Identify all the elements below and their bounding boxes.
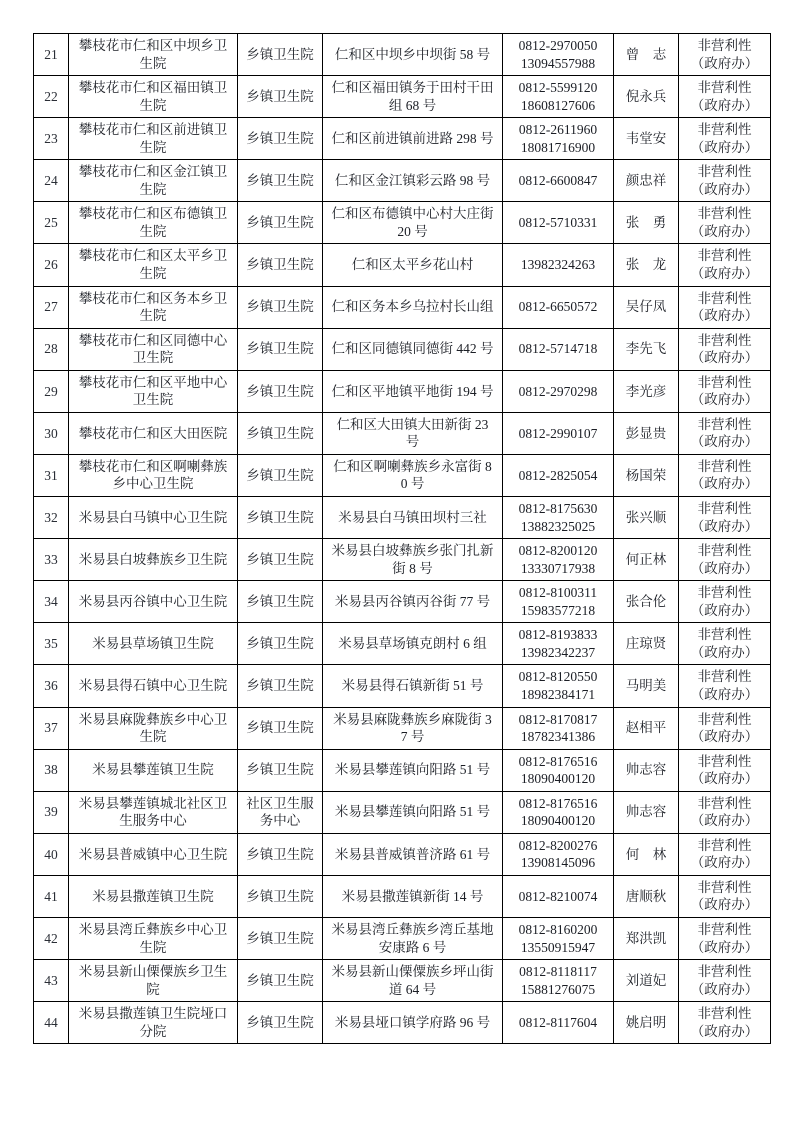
table-row: 36米易县得石镇中心卫生院乡镇卫生院米易县得石镇新街 51 号0812-8120…: [34, 665, 771, 707]
person-cell: 吴仔凤: [614, 286, 679, 328]
institution-type-cell: 乡镇卫生院: [238, 286, 323, 328]
address-cell: 仁和区啊喇彝族乡永富街 80 号: [323, 454, 503, 496]
phone-number: 0812-2611960: [510, 121, 606, 139]
table-row: 35米易县草场镇卫生院乡镇卫生院米易县草场镇克朗村 6 组0812-819383…: [34, 623, 771, 665]
table-row: 28攀枝花市仁和区同德中心卫生院乡镇卫生院仁和区同德镇同德街 442 号0812…: [34, 328, 771, 370]
institution-type-cell: 乡镇卫生院: [238, 370, 323, 412]
person-cell: 曾 志: [614, 34, 679, 76]
phone-cell: 0812-8210074: [503, 875, 614, 917]
institution-type-cell: 乡镇卫生院: [238, 539, 323, 581]
phone-number: 13908145096: [510, 854, 606, 872]
phone-number: 0812-2970298: [510, 383, 606, 401]
row-number-cell: 42: [34, 917, 69, 959]
nature-cell: 非营利性（政府办）: [679, 623, 771, 665]
institution-type-cell: 乡镇卫生院: [238, 454, 323, 496]
phone-number: 0812-8200120: [510, 542, 606, 560]
address-cell: 米易县白马镇田坝村三社: [323, 497, 503, 539]
row-number-cell: 29: [34, 370, 69, 412]
row-number-cell: 40: [34, 833, 69, 875]
table-row: 30攀枝花市仁和区大田医院乡镇卫生院仁和区大田镇大田新街 23 号0812-29…: [34, 412, 771, 454]
health-institutions-table: 21攀枝花市仁和区中坝乡卫生院乡镇卫生院仁和区中坝乡中坝街 58 号0812-2…: [33, 33, 771, 1044]
institution-name-cell: 米易县普威镇中心卫生院: [69, 833, 238, 875]
person-cell: 杨国荣: [614, 454, 679, 496]
phone-number: 0812-8200276: [510, 837, 606, 855]
phone-number: 18982384171: [510, 686, 606, 704]
institution-type-cell: 乡镇卫生院: [238, 244, 323, 286]
person-cell: 庄琼贤: [614, 623, 679, 665]
nature-cell: 非营利性（政府办）: [679, 665, 771, 707]
nature-cell: 非营利性（政府办）: [679, 749, 771, 791]
institution-type-cell: 乡镇卫生院: [238, 665, 323, 707]
address-cell: 仁和区前进镇前进路 298 号: [323, 118, 503, 160]
phone-cell: 0812-2990107: [503, 412, 614, 454]
row-number-cell: 22: [34, 76, 69, 118]
address-cell: 米易县湾丘彝族乡湾丘基地安康路 6 号: [323, 917, 503, 959]
nature-cell: 非营利性（政府办）: [679, 497, 771, 539]
phone-number: 13982342237: [510, 644, 606, 662]
institution-name-cell: 攀枝花市仁和区大田医院: [69, 412, 238, 454]
row-number-cell: 28: [34, 328, 69, 370]
row-number-cell: 39: [34, 791, 69, 833]
institution-name-cell: 米易县湾丘彝族乡中心卫生院: [69, 917, 238, 959]
row-number-cell: 26: [34, 244, 69, 286]
address-cell: 仁和区平地镇平地街 194 号: [323, 370, 503, 412]
address-cell: 米易县麻陇彝族乡麻陇街 37 号: [323, 707, 503, 749]
row-number-cell: 38: [34, 749, 69, 791]
person-cell: 颜忠祥: [614, 160, 679, 202]
person-cell: 李先飞: [614, 328, 679, 370]
address-cell: 米易县垭口镇学府路 96 号: [323, 1002, 503, 1044]
institution-type-cell: 乡镇卫生院: [238, 833, 323, 875]
institution-name-cell: 米易县白坡彝族乡卫生院: [69, 539, 238, 581]
person-cell: 帅志容: [614, 791, 679, 833]
institution-name-cell: 攀枝花市仁和区布德镇卫生院: [69, 202, 238, 244]
nature-cell: 非营利性（政府办）: [679, 539, 771, 581]
person-cell: 彭显贵: [614, 412, 679, 454]
phone-number: 0812-5714718: [510, 340, 606, 358]
phone-number: 0812-8120550: [510, 668, 606, 686]
nature-cell: 非营利性（政府办）: [679, 581, 771, 623]
phone-cell: 0812-819383313982342237: [503, 623, 614, 665]
institution-name-cell: 攀枝花市仁和区务本乡卫生院: [69, 286, 238, 328]
address-cell: 米易县普威镇普济路 61 号: [323, 833, 503, 875]
institution-name-cell: 攀枝花市仁和区福田镇卫生院: [69, 76, 238, 118]
institution-name-cell: 攀枝花市仁和区前进镇卫生院: [69, 118, 238, 160]
nature-cell: 非营利性（政府办）: [679, 286, 771, 328]
phone-number: 18090400120: [510, 812, 606, 830]
institution-type-cell: 乡镇卫生院: [238, 960, 323, 1002]
nature-cell: 非营利性（政府办）: [679, 917, 771, 959]
phone-cell: 0812-817651618090400120: [503, 749, 614, 791]
nature-cell: 非营利性（政府办）: [679, 960, 771, 1002]
institution-type-cell: 乡镇卫生院: [238, 328, 323, 370]
phone-cell: 0812-559912018608127606: [503, 76, 614, 118]
nature-cell: 非营利性（政府办）: [679, 118, 771, 160]
nature-cell: 非营利性（政府办）: [679, 202, 771, 244]
phone-cell: 0812-6600847: [503, 160, 614, 202]
address-cell: 米易县丙谷镇丙谷街 77 号: [323, 581, 503, 623]
address-cell: 米易县攀莲镇向阳路 51 号: [323, 749, 503, 791]
phone-number: 13550915947: [510, 939, 606, 957]
row-number-cell: 27: [34, 286, 69, 328]
institution-type-cell: 乡镇卫生院: [238, 76, 323, 118]
table-row: 43米易县新山傈僳族乡卫生院乡镇卫生院米易县新山傈僳族乡坪山街道 64 号081…: [34, 960, 771, 1002]
phone-number: 18090400120: [510, 770, 606, 788]
phone-number: 15881276075: [510, 981, 606, 999]
phone-cell: 0812-5714718: [503, 328, 614, 370]
address-cell: 仁和区务本乡乌拉村长山组: [323, 286, 503, 328]
institution-type-cell: 乡镇卫生院: [238, 875, 323, 917]
table-row: 39米易县攀莲镇城北社区卫生服务中心社区卫生服务中心米易县攀莲镇向阳路 51 号…: [34, 791, 771, 833]
person-cell: 韦堂安: [614, 118, 679, 160]
table-row: 33米易县白坡彝族乡卫生院乡镇卫生院米易县白坡彝族乡张门扎新街 8 号0812-…: [34, 539, 771, 581]
person-cell: 帅志容: [614, 749, 679, 791]
person-cell: 李光彦: [614, 370, 679, 412]
person-cell: 姚启明: [614, 1002, 679, 1044]
nature-cell: 非营利性（政府办）: [679, 244, 771, 286]
phone-number: 0812-8117604: [510, 1014, 606, 1032]
phone-number: 18782341386: [510, 728, 606, 746]
nature-cell: 非营利性（政府办）: [679, 454, 771, 496]
nature-cell: 非营利性（政府办）: [679, 875, 771, 917]
phone-number: 18081716900: [510, 139, 606, 157]
institution-type-cell: 乡镇卫生院: [238, 749, 323, 791]
row-number-cell: 21: [34, 34, 69, 76]
institution-name-cell: 攀枝花市仁和区啊喇彝族乡中心卫生院: [69, 454, 238, 496]
table-row: 32米易县白马镇中心卫生院乡镇卫生院米易县白马镇田坝村三社0812-817563…: [34, 497, 771, 539]
phone-number: 0812-8100311: [510, 584, 606, 602]
address-cell: 仁和区福田镇务于田村干田组 68 号: [323, 76, 503, 118]
row-number-cell: 33: [34, 539, 69, 581]
table-row: 26攀枝花市仁和区太平乡卫生院乡镇卫生院仁和区太平乡花山村13982324263…: [34, 244, 771, 286]
nature-cell: 非营利性（政府办）: [679, 160, 771, 202]
table-row: 37米易县麻陇彝族乡中心卫生院乡镇卫生院米易县麻陇彝族乡麻陇街 37 号0812…: [34, 707, 771, 749]
institution-type-cell: 乡镇卫生院: [238, 34, 323, 76]
person-cell: 何 林: [614, 833, 679, 875]
phone-number: 0812-5710331: [510, 214, 606, 232]
table-row: 25攀枝花市仁和区布德镇卫生院乡镇卫生院仁和区布德镇中心村大庄街 20 号081…: [34, 202, 771, 244]
phone-number: 13882325025: [510, 518, 606, 536]
nature-cell: 非营利性（政府办）: [679, 76, 771, 118]
phone-cell: 0812-5710331: [503, 202, 614, 244]
institution-type-cell: 乡镇卫生院: [238, 497, 323, 539]
nature-cell: 非营利性（政府办）: [679, 412, 771, 454]
address-cell: 米易县撒莲镇新街 14 号: [323, 875, 503, 917]
nature-cell: 非营利性（政府办）: [679, 370, 771, 412]
institution-type-cell: 乡镇卫生院: [238, 118, 323, 160]
person-cell: 赵相平: [614, 707, 679, 749]
person-cell: 刘道妃: [614, 960, 679, 1002]
person-cell: 张 龙: [614, 244, 679, 286]
phone-number: 0812-8170817: [510, 711, 606, 729]
nature-cell: 非营利性（政府办）: [679, 328, 771, 370]
phone-number: 0812-8176516: [510, 795, 606, 813]
institution-name-cell: 攀枝花市仁和区平地中心卫生院: [69, 370, 238, 412]
table-row: 41米易县撒莲镇卫生院乡镇卫生院米易县撒莲镇新街 14 号0812-821007…: [34, 875, 771, 917]
address-cell: 米易县新山傈僳族乡坪山街道 64 号: [323, 960, 503, 1002]
institution-type-cell: 乡镇卫生院: [238, 412, 323, 454]
institution-name-cell: 米易县麻陇彝族乡中心卫生院: [69, 707, 238, 749]
phone-cell: 0812-261196018081716900: [503, 118, 614, 160]
person-cell: 何正林: [614, 539, 679, 581]
table-row: 40米易县普威镇中心卫生院乡镇卫生院米易县普威镇普济路 61 号0812-820…: [34, 833, 771, 875]
address-cell: 米易县攀莲镇向阳路 51 号: [323, 791, 503, 833]
document-page: 21攀枝花市仁和区中坝乡卫生院乡镇卫生院仁和区中坝乡中坝街 58 号0812-2…: [0, 0, 793, 1122]
phone-number: 0812-8210074: [510, 888, 606, 906]
phone-cell: 0812-817081718782341386: [503, 707, 614, 749]
phone-cell: 0812-6650572: [503, 286, 614, 328]
nature-cell: 非营利性（政府办）: [679, 707, 771, 749]
phone-number: 0812-8118117: [510, 963, 606, 981]
table-row: 23攀枝花市仁和区前进镇卫生院乡镇卫生院仁和区前进镇前进路 298 号0812-…: [34, 118, 771, 160]
address-cell: 仁和区布德镇中心村大庄街 20 号: [323, 202, 503, 244]
phone-number: 0812-8176516: [510, 753, 606, 771]
nature-cell: 非营利性（政府办）: [679, 1002, 771, 1044]
phone-cell: 0812-2825054: [503, 454, 614, 496]
phone-cell: 0812-811811715881276075: [503, 960, 614, 1002]
person-cell: 马明美: [614, 665, 679, 707]
phone-cell: 0812-816020013550915947: [503, 917, 614, 959]
row-number-cell: 24: [34, 160, 69, 202]
person-cell: 郑洪凯: [614, 917, 679, 959]
address-cell: 仁和区太平乡花山村: [323, 244, 503, 286]
row-number-cell: 37: [34, 707, 69, 749]
phone-cell: 0812-817651618090400120: [503, 791, 614, 833]
phone-cell: 0812-817563013882325025: [503, 497, 614, 539]
row-number-cell: 30: [34, 412, 69, 454]
institution-name-cell: 米易县撒莲镇卫生院: [69, 875, 238, 917]
phone-number: 0812-8175630: [510, 500, 606, 518]
table-row: 21攀枝花市仁和区中坝乡卫生院乡镇卫生院仁和区中坝乡中坝街 58 号0812-2…: [34, 34, 771, 76]
nature-cell: 非营利性（政府办）: [679, 833, 771, 875]
institution-name-cell: 米易县得石镇中心卫生院: [69, 665, 238, 707]
address-cell: 仁和区中坝乡中坝街 58 号: [323, 34, 503, 76]
row-number-cell: 25: [34, 202, 69, 244]
table-row: 38米易县攀莲镇卫生院乡镇卫生院米易县攀莲镇向阳路 51 号0812-81765…: [34, 749, 771, 791]
address-cell: 仁和区金江镇彩云路 98 号: [323, 160, 503, 202]
person-cell: 张合伦: [614, 581, 679, 623]
phone-number: 0812-8193833: [510, 626, 606, 644]
institution-name-cell: 攀枝花市仁和区中坝乡卫生院: [69, 34, 238, 76]
person-cell: 张 勇: [614, 202, 679, 244]
institution-name-cell: 米易县丙谷镇中心卫生院: [69, 581, 238, 623]
phone-cell: 0812-297005013094557988: [503, 34, 614, 76]
table-row: 29攀枝花市仁和区平地中心卫生院乡镇卫生院仁和区平地镇平地街 194 号0812…: [34, 370, 771, 412]
phone-number: 0812-6650572: [510, 298, 606, 316]
row-number-cell: 31: [34, 454, 69, 496]
institution-type-cell: 乡镇卫生院: [238, 202, 323, 244]
table-row: 31攀枝花市仁和区啊喇彝族乡中心卫生院乡镇卫生院仁和区啊喇彝族乡永富街 80 号…: [34, 454, 771, 496]
institution-name-cell: 米易县草场镇卫生院: [69, 623, 238, 665]
nature-cell: 非营利性（政府办）: [679, 791, 771, 833]
institution-type-cell: 乡镇卫生院: [238, 1002, 323, 1044]
institution-type-cell: 乡镇卫生院: [238, 707, 323, 749]
institution-type-cell: 乡镇卫生院: [238, 917, 323, 959]
phone-number: 15983577218: [510, 602, 606, 620]
row-number-cell: 34: [34, 581, 69, 623]
institution-name-cell: 米易县攀莲镇城北社区卫生服务中心: [69, 791, 238, 833]
row-number-cell: 41: [34, 875, 69, 917]
phone-number: 13094557988: [510, 55, 606, 73]
institution-name-cell: 攀枝花市仁和区太平乡卫生院: [69, 244, 238, 286]
phone-number: 0812-8160200: [510, 921, 606, 939]
address-cell: 米易县草场镇克朗村 6 组: [323, 623, 503, 665]
address-cell: 米易县得石镇新街 51 号: [323, 665, 503, 707]
institution-name-cell: 米易县攀莲镇卫生院: [69, 749, 238, 791]
address-cell: 仁和区同德镇同德街 442 号: [323, 328, 503, 370]
table-row: 24攀枝花市仁和区金江镇卫生院乡镇卫生院仁和区金江镇彩云路 98 号0812-6…: [34, 160, 771, 202]
institution-type-cell: 乡镇卫生院: [238, 581, 323, 623]
phone-number: 13982324263: [510, 256, 606, 274]
table-row: 44米易县撒莲镇卫生院垭口分院乡镇卫生院米易县垭口镇学府路 96 号0812-8…: [34, 1002, 771, 1044]
phone-cell: 0812-8117604: [503, 1002, 614, 1044]
row-number-cell: 43: [34, 960, 69, 1002]
phone-number: 0812-2825054: [510, 467, 606, 485]
person-cell: 张兴顺: [614, 497, 679, 539]
address-cell: 仁和区大田镇大田新街 23 号: [323, 412, 503, 454]
table-row: 27攀枝花市仁和区务本乡卫生院乡镇卫生院仁和区务本乡乌拉村长山组0812-665…: [34, 286, 771, 328]
phone-cell: 0812-810031115983577218: [503, 581, 614, 623]
phone-cell: 0812-820027613908145096: [503, 833, 614, 875]
phone-number: 13330717938: [510, 560, 606, 578]
nature-cell: 非营利性（政府办）: [679, 34, 771, 76]
person-cell: 倪永兵: [614, 76, 679, 118]
phone-number: 18608127606: [510, 97, 606, 115]
phone-number: 0812-2990107: [510, 425, 606, 443]
table-row: 42米易县湾丘彝族乡中心卫生院乡镇卫生院米易县湾丘彝族乡湾丘基地安康路 6 号0…: [34, 917, 771, 959]
row-number-cell: 32: [34, 497, 69, 539]
phone-cell: 0812-820012013330717938: [503, 539, 614, 581]
row-number-cell: 23: [34, 118, 69, 160]
phone-number: 0812-5599120: [510, 79, 606, 97]
institution-name-cell: 米易县撒莲镇卫生院垭口分院: [69, 1002, 238, 1044]
phone-cell: 0812-812055018982384171: [503, 665, 614, 707]
address-cell: 米易县白坡彝族乡张门扎新街 8 号: [323, 539, 503, 581]
person-cell: 唐顺秋: [614, 875, 679, 917]
phone-cell: 0812-2970298: [503, 370, 614, 412]
table-body: 21攀枝花市仁和区中坝乡卫生院乡镇卫生院仁和区中坝乡中坝街 58 号0812-2…: [34, 34, 771, 1044]
phone-number: 0812-2970050: [510, 37, 606, 55]
institution-name-cell: 米易县白马镇中心卫生院: [69, 497, 238, 539]
institution-name-cell: 攀枝花市仁和区金江镇卫生院: [69, 160, 238, 202]
institution-type-cell: 乡镇卫生院: [238, 160, 323, 202]
institution-name-cell: 攀枝花市仁和区同德中心卫生院: [69, 328, 238, 370]
table-row: 22攀枝花市仁和区福田镇卫生院乡镇卫生院仁和区福田镇务于田村干田组 68 号08…: [34, 76, 771, 118]
phone-number: 0812-6600847: [510, 172, 606, 190]
row-number-cell: 36: [34, 665, 69, 707]
institution-type-cell: 社区卫生服务中心: [238, 791, 323, 833]
table-row: 34米易县丙谷镇中心卫生院乡镇卫生院米易县丙谷镇丙谷街 77 号0812-810…: [34, 581, 771, 623]
row-number-cell: 44: [34, 1002, 69, 1044]
row-number-cell: 35: [34, 623, 69, 665]
institution-type-cell: 乡镇卫生院: [238, 623, 323, 665]
institution-name-cell: 米易县新山傈僳族乡卫生院: [69, 960, 238, 1002]
phone-cell: 13982324263: [503, 244, 614, 286]
